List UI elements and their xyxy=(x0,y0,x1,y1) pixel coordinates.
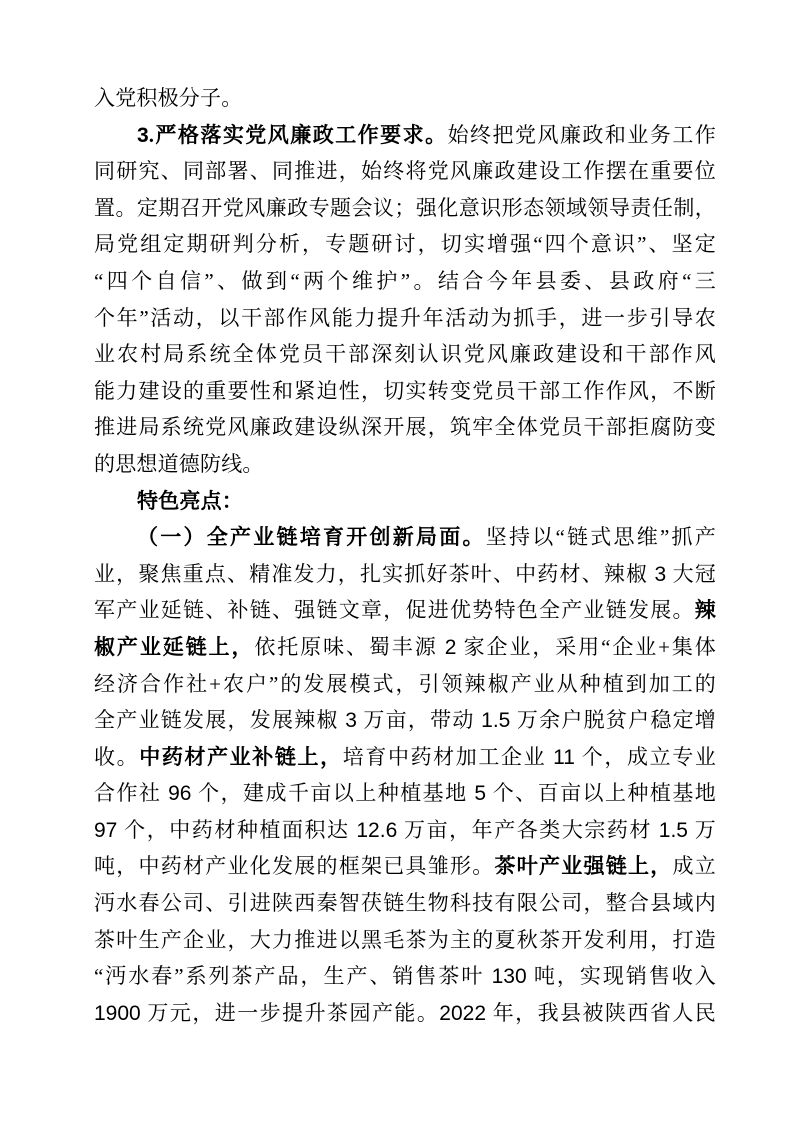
numeral: 1900 xyxy=(94,1002,141,1025)
text-line: 97 个，中药材种植面积达 12.6 万亩，年产各类大宗药材 1.5 万 xyxy=(94,812,716,849)
body-text: “四个自信”、做到“两个维护”。结合今年县委、县政府“三 xyxy=(94,269,716,293)
body-text: 业，聚焦重点、精准发力，扎实抓好茶叶、中药材、辣椒 3 大冠 xyxy=(94,562,716,586)
text-line: 局党组定期研判分析，专题研讨，切实增强“四个意识”、坚定 xyxy=(94,226,716,263)
body-text: 推进局系统党风廉政建设纵深开展，筑牢全体党员干部拒腐防变 xyxy=(94,415,716,439)
numeral: 96 xyxy=(168,782,191,805)
body-text: 局党组定期研判分析，专题研讨，切实增强“四个意识”、坚定 xyxy=(94,232,716,256)
text-line: 入党积极分子。 xyxy=(94,80,716,117)
numeral: 1.5 xyxy=(659,819,688,842)
body-text: 吨，中药材产业化发展的框架已具雏形。 xyxy=(94,854,495,878)
text-line: 收。中药材产业补链上，培育中药材加工企业 11 个，成立专业 xyxy=(94,739,716,776)
body-text: 个年”活动，以干部作风能力提升年活动为抓手，进一步引导农 xyxy=(94,306,716,330)
body-text: 1900 万元，进一步提升茶园产能。2022 年，我县被陕西省人民 xyxy=(94,1001,716,1025)
body-text: 坚持以“链式思维”抓产 xyxy=(486,525,716,549)
numeral: 2022 xyxy=(439,1002,486,1025)
text-line: 全产业链发展，发展辣椒 3 万亩，带动 1.5 万余户脱贫户稳定增 xyxy=(94,702,716,739)
body-text: 置。定期召开党风廉政专题会议；强化意识形态领域领导责任制， xyxy=(94,196,716,220)
text-line: 业农村局系统全体党员干部深刻认识党风廉政建设和干部作风 xyxy=(94,336,716,373)
body-text: 能力建设的重要性和紧迫性，切实转变党员干部工作作风，不断 xyxy=(94,379,716,403)
text-line: 置。定期召开党风廉政专题会议；强化意识形态领域领导责任制， xyxy=(94,190,716,227)
body-text: 入党积极分子。 xyxy=(94,86,242,110)
body-text: “沔水春”系列茶产品，生产、销售茶叶 130 吨，实现销售收入 xyxy=(94,964,716,988)
emphasis-text: 茶叶产业强链上， xyxy=(495,854,673,878)
body-text: 茶叶生产企业，大力推进以黑毛茶为主的夏秋茶开发利用，打造 xyxy=(94,928,716,952)
document-body: 入党积极分子。3.严格落实党风廉政工作要求。始终把党风廉政和业务工作同研究、同部… xyxy=(94,80,716,1031)
body-text: 合作社 96 个，建成千亩以上种植基地 5 个、百亩以上种植基地 xyxy=(94,781,716,805)
text-line: 推进局系统党风廉政建设纵深开展，筑牢全体党员干部拒腐防变 xyxy=(94,409,716,446)
text-line: 特色亮点： xyxy=(94,483,716,520)
text-line: （一）全产业链培育开创新局面。坚持以“链式思维”抓产 xyxy=(94,519,716,556)
body-text: 培育中药材加工企业 11 个，成立专业 xyxy=(343,745,716,769)
text-line: 的思想道德防线。 xyxy=(94,446,716,483)
text-line: 同研究、同部署、同推进，始终将党风廉政建设工作摆在重要位 xyxy=(94,153,716,190)
text-line: 能力建设的重要性和紧迫性，切实转变党员干部工作作风，不断 xyxy=(94,373,716,410)
text-line: 3.严格落实党风廉政工作要求。始终把党风廉政和业务工作 xyxy=(94,117,716,154)
emphasis-text: 中药材产业补链上， xyxy=(139,745,343,769)
numeral: 5 xyxy=(474,782,486,805)
body-text: 沔水春公司、引进陕西秦智茯链生物科技有限公司，整合县域内 xyxy=(94,891,716,915)
text-line: “沔水春”系列茶产品，生产、销售茶叶 130 吨，实现销售收入 xyxy=(94,958,716,995)
text-line: “四个自信”、做到“两个维护”。结合今年县委、县政府“三 xyxy=(94,263,716,300)
text-line: 个年”活动，以干部作风能力提升年活动为抓手，进一步引导农 xyxy=(94,300,716,337)
body-text: 97 个，中药材种植面积达 12.6 万亩，年产各类大宗药材 1.5 万 xyxy=(94,818,716,842)
emphasis-text: （一）全产业链培育开创新局面。 xyxy=(137,525,486,549)
text-line: 经济合作社+农户”的发展模式，引领辣椒产业从种植到加工的 xyxy=(94,666,716,703)
emphasis-text: 辣 xyxy=(695,598,716,622)
text-line: 沔水春公司、引进陕西秦智茯链生物科技有限公司，整合县域内 xyxy=(94,885,716,922)
body-text: 军产业延链、补链、强链文章，促进优势特色全产业链发展。 xyxy=(94,598,695,622)
text-line: 吨，中药材产业化发展的框架已具雏形。茶叶产业强链上，成立 xyxy=(94,848,716,885)
text-line: 椒产业延链上，依托原味、蜀丰源 2 家企业，采用“企业+集体 xyxy=(94,629,716,666)
body-text: 始终把党风廉政和业务工作 xyxy=(448,123,716,147)
numeral: 3 xyxy=(345,709,357,732)
emphasis-text: 特色亮点： xyxy=(137,489,243,513)
numeral: 97 xyxy=(94,819,117,842)
text-line: 合作社 96 个，建成千亩以上种植基地 5 个、百亩以上种植基地 xyxy=(94,775,716,812)
body-text: 业农村局系统全体党员干部深刻认识党风廉政建设和干部作风 xyxy=(94,342,716,366)
body-text: 全产业链发展，发展辣椒 3 万亩，带动 1.5 万余户脱贫户稳定增 xyxy=(94,708,716,732)
numeral: 130 xyxy=(492,965,527,988)
document-page: 入党积极分子。3.严格落实党风廉政工作要求。始终把党风廉政和业务工作同研究、同部… xyxy=(0,0,793,1122)
body-text: 的思想道德防线。 xyxy=(94,452,264,476)
numeral: 3 xyxy=(655,563,667,586)
numeral: 11 xyxy=(553,746,575,769)
text-line: 军产业延链、补链、强链文章，促进优势特色全产业链发展。辣 xyxy=(94,592,716,629)
numeral: 12.6 xyxy=(356,819,397,842)
body-text: 成立 xyxy=(673,854,716,878)
body-text: 依托原味、蜀丰源 2 家企业，采用“企业+集体 xyxy=(254,635,716,659)
body-text: 经济合作社+农户”的发展模式，引领辣椒产业从种植到加工的 xyxy=(94,672,716,696)
text-line: 茶叶生产企业，大力推进以黑毛茶为主的夏秋茶开发利用，打造 xyxy=(94,922,716,959)
numeral: 1.5 xyxy=(481,709,510,732)
numeral: 2 xyxy=(445,636,457,659)
emphasis-text: 椒产业延链上， xyxy=(94,635,254,659)
body-text: 收。 xyxy=(94,745,139,769)
text-line: 1900 万元，进一步提升茶园产能。2022 年，我县被陕西省人民 xyxy=(94,995,716,1032)
text-line: 业，聚焦重点、精准发力，扎实抓好茶叶、中药材、辣椒 3 大冠 xyxy=(94,556,716,593)
emphasis-text: 3.严格落实党风廉政工作要求。 xyxy=(137,123,448,147)
numeral: 3 xyxy=(137,124,149,147)
body-text: 同研究、同部署、同推进，始终将党风廉政建设工作摆在重要位 xyxy=(94,159,716,183)
